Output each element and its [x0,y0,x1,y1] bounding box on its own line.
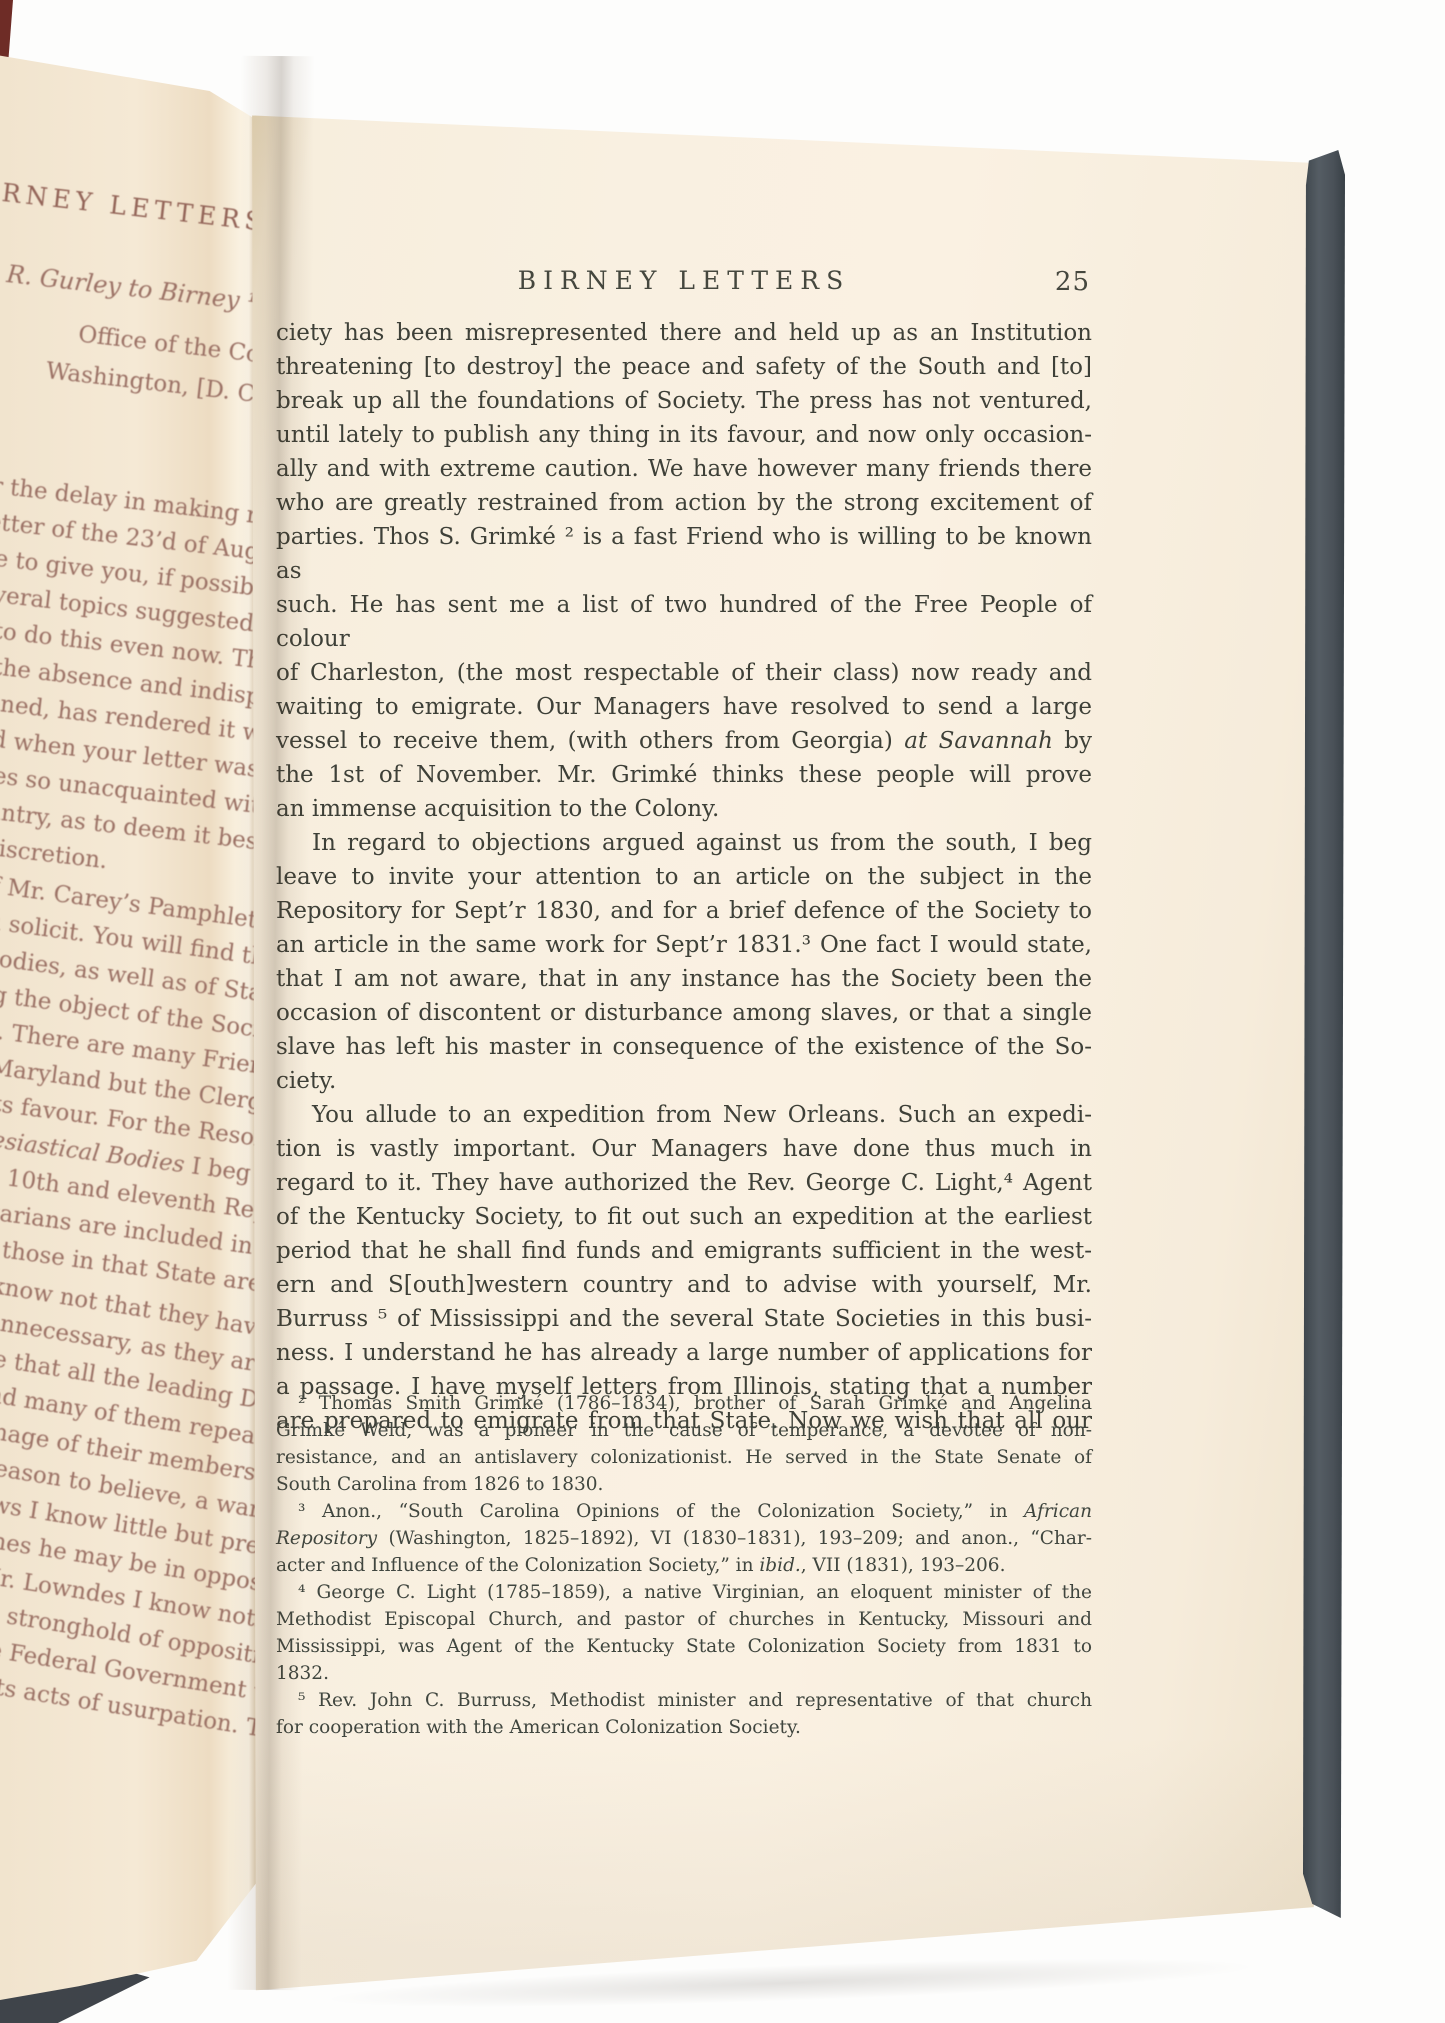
footnote-line: for cooperation with the American Coloni… [276,1714,1092,1741]
body-line: an article in the same work for Sept’r 1… [276,928,1092,962]
body-line: of Charleston, (the most respectable of … [276,656,1092,690]
footnote-line: ³ Anon., “South Carolina Opinions of the… [276,1498,1092,1525]
footnote-line: resistance, and an antislavery colonizat… [276,1444,1092,1471]
running-title: BIRNEY LETTERS [276,266,1092,295]
body-line: that I am not aware, that in any instanc… [276,962,1092,996]
footnote-line: ⁵ Rev. John C. Burruss, Methodist minist… [276,1687,1092,1714]
page-number: 25 [1055,267,1090,297]
open-book-photo: RNEY LETTERS R. Gurley to Birney ¹ Offic… [0,0,1445,2023]
body-line: the 1st of November. Mr. Grimké thinks t… [276,758,1092,792]
footnote-line: acter and Influence of the Colonization … [276,1552,1092,1579]
footnote-line: Repository (Washington, 1825–1892), VI (… [276,1525,1092,1552]
body-line: ciety. [276,1064,1092,1098]
body-line: such. He has sent me a list of two hundr… [276,588,1092,656]
footnote-line: ⁴ George C. Light (1785–1859), a native … [276,1579,1092,1606]
body-line: period that he shall find funds and emig… [276,1234,1092,1268]
footnote-line: Mississippi, was Agent of the Kentucky S… [276,1633,1092,1660]
body-line: slave has left his master in consequence… [276,1030,1092,1064]
left-page: RNEY LETTERS R. Gurley to Birney ¹ Offic… [0,40,262,2000]
body-line: ally and with extreme caution. We have h… [276,452,1092,486]
body-line: Burruss ⁵ of Mississippi and the several… [276,1302,1092,1336]
body-line: break up all the foundations of Society.… [276,384,1092,418]
body-line: ciety has been misrepresented there and … [276,316,1092,350]
body-line: In regard to objections argued against u… [276,826,1092,860]
body-line: Repository for Sept’r 1830, and for a br… [276,894,1092,928]
body-line: vessel to receive them, (with others fro… [276,724,1092,758]
right-page: BIRNEY LETTERS 25 ciety has been misrepr… [250,106,1316,1998]
body-line: an immense acquisition to the Colony. [276,792,1092,826]
footnote-line: ² Thomas Smith Grimké (1786–1834), broth… [276,1390,1092,1417]
footnote-line: 1832. [276,1660,1092,1687]
body-line: leave to invite your attention to an art… [276,860,1092,894]
body-line: waiting to emigrate. Our Managers have r… [276,690,1092,724]
book-cover-edge [1303,150,1345,1918]
footnote-line: Grimké Weld, was a pioneer in the cause … [276,1417,1092,1444]
body-line: occasion of discontent or disturbance am… [276,996,1092,1030]
body-line: until lately to publish any thing in its… [276,418,1092,452]
page-header: BIRNEY LETTERS 25 [276,266,1092,300]
body-line: ness. I understand he has already a larg… [276,1336,1092,1370]
body-line: threatening [to destroy] the peace and s… [276,350,1092,384]
footnote-line: South Carolina from 1826 to 1830. [276,1471,1092,1498]
body-line: of the Kentucky Society, to fit out such… [276,1200,1092,1234]
body-line: ern and S[outh]western country and to ad… [276,1268,1092,1302]
body-line: regard to it. They have authorized the R… [276,1166,1092,1200]
body-line: who are greatly restrained from action b… [276,486,1092,520]
body-line: tion is vastly important. Our Managers h… [276,1132,1092,1166]
letter-body-text: ciety has been misrepresented there and … [276,316,1092,1438]
footnote-line: Methodist Episcopal Church, and pastor o… [276,1606,1092,1633]
body-line: You allude to an expedition from New Orl… [276,1098,1092,1132]
body-line: parties. Thos S. Grimké ² is a fast Frie… [276,520,1092,588]
footnotes: ² Thomas Smith Grimké (1786–1834), broth… [276,1390,1092,1741]
